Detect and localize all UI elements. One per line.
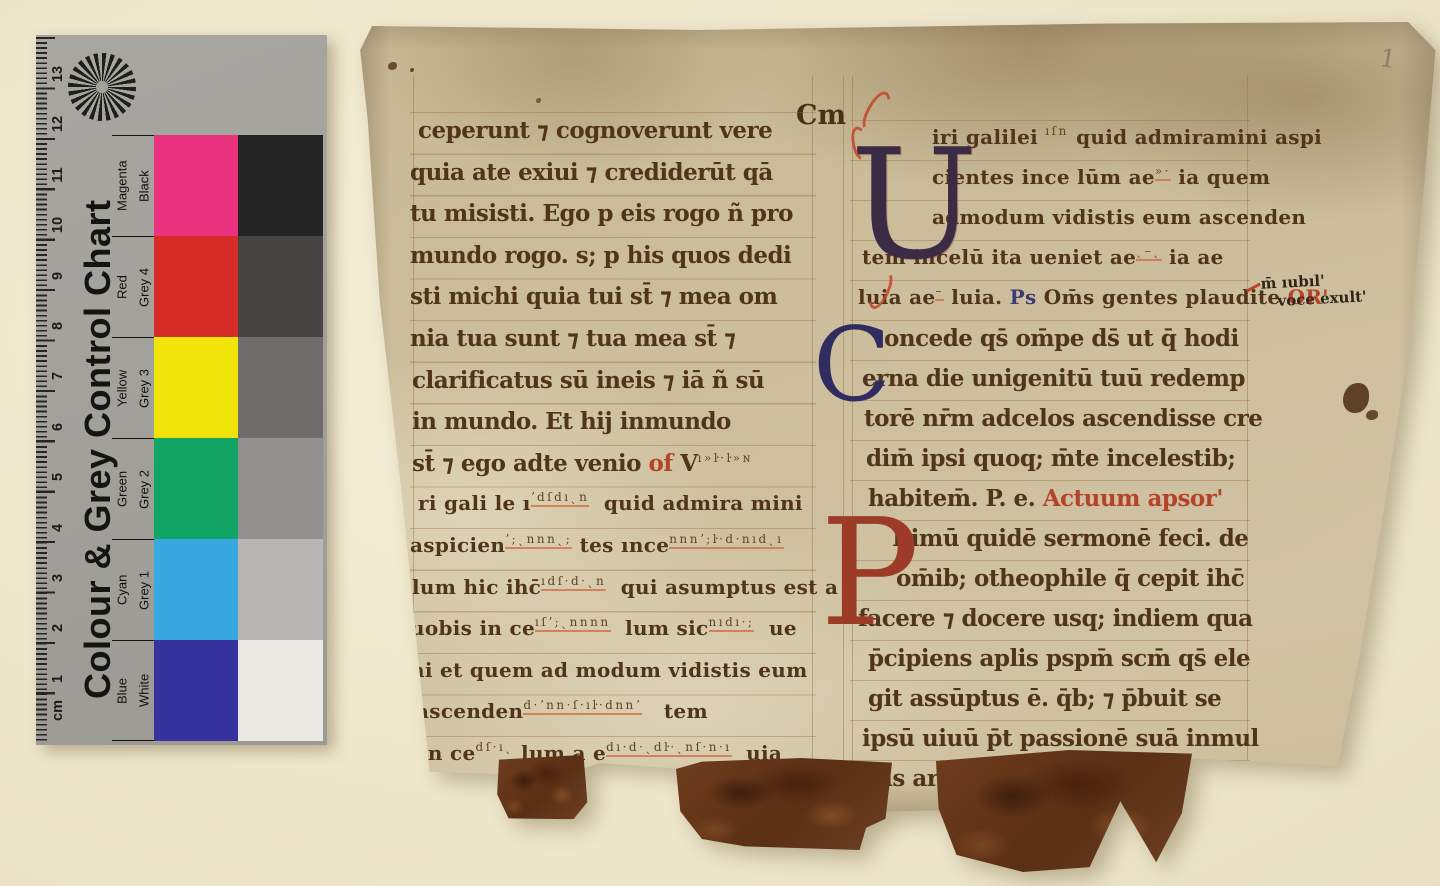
- neume-marks: nıdı·;: [709, 615, 755, 632]
- ruler-number: 11: [50, 166, 68, 184]
- manuscript-line: nia tua sunt ⁊ tua mea st̄ ⁊: [410, 320, 816, 362]
- marginal-gloss: m̄ ıubıl'voce exult': [1260, 269, 1367, 310]
- ink-stain: [410, 68, 414, 72]
- text-run: uobis in ce: [410, 616, 535, 640]
- text-run: quid admira mini: [589, 491, 802, 515]
- text-run: oncede qs̄ om̄pe ds̄ ut q̄ hodi: [884, 325, 1239, 352]
- ink-stain: [1343, 383, 1369, 413]
- decorated-initial-c: C: [813, 326, 891, 406]
- text-run: ipsū uiuū p̄t passionē suā inmul: [862, 725, 1259, 752]
- text-run: ri gali le ı: [418, 491, 531, 515]
- neume-marks: ıdſ·d·ˎn: [541, 574, 606, 591]
- text-run: dim̄ ipsi quoq; m̄te incelestib;: [866, 445, 1235, 472]
- grey-label: Grey 2: [134, 439, 154, 539]
- manuscript-line: erna die unigenitū tuū redemp: [850, 360, 1250, 400]
- grey-swatch: [238, 539, 323, 640]
- swatch-row: [154, 438, 323, 539]
- grey-swatch: [238, 337, 323, 438]
- ruler-number: 8: [50, 317, 68, 335]
- ink-stain: [1390, 488, 1397, 495]
- text-run: st̄ ⁊ ego adte venio: [412, 450, 649, 477]
- manuscript-line: mundo rogo. s; p his quos dedi: [410, 237, 816, 279]
- grey-label: White: [134, 641, 154, 740]
- ruler-minor-ticks: [36, 37, 47, 741]
- grey-swatch: [238, 236, 323, 337]
- manuscript-line: sti michi quia tui st̄ ⁊ mea om: [410, 278, 816, 320]
- color-swatch: [154, 438, 238, 539]
- folio-number: 1: [1378, 43, 1399, 74]
- color-swatch: [154, 135, 238, 236]
- text-run: lum hic ihc̄: [412, 575, 541, 599]
- ruler-number: 5: [50, 468, 68, 486]
- swatch-row: [154, 640, 323, 741]
- gloss-line: voce exult': [1277, 287, 1367, 310]
- manuscript-line: dim̄ ipsi quoq; m̄te incelestib;: [850, 440, 1250, 480]
- color-label: Red: [112, 237, 132, 337]
- grey-swatch: [238, 135, 323, 236]
- chart-label-row: RedGrey 4: [112, 236, 154, 337]
- text-run: tu misisti. Ego p eis rogo ñ pro: [410, 200, 793, 227]
- neume-marks: »·: [1155, 164, 1171, 181]
- text-run: nia tua sunt ⁊ tua mea st̄ ⁊: [410, 325, 735, 352]
- swatch-row: [154, 135, 323, 236]
- grey-label: Grey 3: [134, 338, 154, 438]
- color-label: Green: [112, 439, 132, 539]
- text-run: sti michi quia tui st̄ ⁊ mea om: [410, 283, 777, 310]
- ruler-number: 12: [50, 115, 68, 133]
- chart-label-column: MagentaBlackRedGrey 4YellowGrey 3GreenGr…: [112, 135, 154, 741]
- ruler-number: 7: [50, 367, 68, 385]
- color-swatch: [154, 640, 238, 741]
- rust-patch: [936, 750, 1192, 872]
- manuscript-line: torē nr̄m adcelos ascendisse cre: [850, 400, 1250, 440]
- text-run: tes ınce: [572, 533, 669, 557]
- text-run: p̄cipiens aplis pspm̄ scm̄ qs̄ ele: [868, 645, 1250, 672]
- ruler-number: 2: [50, 619, 68, 637]
- neume-marks: dı·d·ˎdŀ·ˎnſ·n·ı: [606, 740, 732, 757]
- ruler-number: 4: [50, 519, 68, 537]
- text-run: ia quem: [1171, 165, 1270, 189]
- text-run: aspicien: [410, 533, 505, 557]
- text-run: V: [680, 450, 697, 477]
- text-run: Rimū quidē sermonē feci. de: [892, 525, 1248, 552]
- text-run: git assūptus ē. q̄b; ⁊ p̄buit se: [868, 685, 1221, 712]
- swatch-row: [154, 236, 323, 337]
- ruler-number: 10: [50, 216, 68, 234]
- text-run: ue: [754, 616, 796, 640]
- neume-marks: ıſʼ;ˎnnnn: [535, 615, 611, 632]
- color-label: Magenta: [112, 136, 132, 236]
- text-run: erna die unigenitū tuū redemp: [862, 365, 1245, 392]
- neume-marks: ʼ;ˎnnnˎ;: [505, 532, 572, 549]
- ink-stain: [536, 98, 541, 103]
- decorated-initial-p: P: [820, 516, 920, 631]
- neume-marks: ıſn: [1045, 124, 1069, 138]
- manuscript-line: ceperunt ⁊ cognoverunt vere: [410, 112, 816, 154]
- ruler-number: 13: [50, 65, 68, 83]
- text-run: torē nr̄m adcelos ascendisse cre: [864, 405, 1262, 432]
- neume-marks: ˎ–ˎ: [1136, 244, 1162, 261]
- manuscript-line: tu misisti. Ego p eis rogo ñ pro: [410, 195, 816, 237]
- grey-swatch: [238, 640, 323, 741]
- text-run: qui asumptus est a: [606, 575, 838, 599]
- ink-stain: [388, 62, 397, 70]
- neume-marks: nnnʼ;ŀ·d·nıdˎı: [669, 532, 783, 549]
- grey-swatch: [238, 438, 323, 539]
- text-run: admodum vidistis eum ascenden: [932, 205, 1306, 229]
- manuscript-line: ni et quem ad modum vidistis eum: [410, 653, 816, 695]
- text-run: ni et quem ad modum vidistis eum: [410, 658, 808, 682]
- manuscript-line: in mundo. Et hij inmundo: [410, 403, 816, 445]
- text-run: in mundo. Et hij inmundo: [412, 408, 731, 435]
- manuscript-line: aspicienʼ;ˎnnnˎ; tes ıncennnʼ;ŀ·d·nıdˎı: [410, 528, 816, 570]
- chart-label-row: BlueWhite: [112, 640, 154, 741]
- color-label: Cyan: [112, 540, 132, 640]
- text-run: ceperunt ⁊ cognoverunt vere: [418, 117, 772, 144]
- neume-marks: d·ʼnn·ſ·ıŀ·dnnʼ: [523, 698, 642, 715]
- manuscript-line: ascendend·ʼnn·ſ·ıŀ·dnnʼ tem: [410, 694, 816, 736]
- neume-marks: ʼdſdıˎn: [531, 490, 590, 507]
- text-run: om̄ib; otheophile q̄ cepit ihc̄: [896, 565, 1244, 592]
- swatch-row: [154, 337, 323, 438]
- starburst-icon: [68, 53, 136, 121]
- text-run: ascenden: [416, 699, 523, 723]
- color-control-chart: 13121110987654321cm Colour & Grey Contro…: [36, 35, 327, 745]
- color-swatch: [154, 236, 238, 337]
- text-run: quia ate exiui ⁊ crediderūt qā: [410, 159, 773, 186]
- text-run: clarificatus sū ineis ⁊ iā ñ sū: [412, 367, 764, 394]
- manuscript-line: oncede qs̄ om̄pe ds̄ ut q̄ hodi: [850, 320, 1250, 360]
- ruler-number: 9: [50, 267, 68, 285]
- parchment: Cm ceperunt ⁊ cognoverunt verequia ate e…: [358, 18, 1440, 820]
- photo-stage: 13121110987654321cm Colour & Grey Contro…: [0, 0, 1440, 886]
- neume-marks: dſ·ıˎ: [476, 740, 514, 754]
- manuscript-line: clarificatus sū ineis ⁊ iā ñ sū: [410, 362, 816, 404]
- chart-label-row: YellowGrey 3: [112, 337, 154, 438]
- ink-stain: [1366, 410, 1378, 420]
- manuscript-line: st̄ ⁊ ego adte venio of Vı»ŀ·ŀ»ɴ: [410, 445, 816, 487]
- color-label: Yellow: [112, 338, 132, 438]
- rubric-text: of: [649, 450, 681, 477]
- color-label: Blue: [112, 641, 132, 740]
- manuscript-line: quia ate exiui ⁊ crediderūt qā: [410, 154, 816, 196]
- ruler-number: 1: [50, 670, 68, 688]
- text-run: ia ae: [1162, 245, 1224, 269]
- manuscript-column-left: ceperunt ⁊ cognoverunt verequia ate exiu…: [410, 112, 816, 778]
- psalm-mark: Ps: [1010, 285, 1037, 309]
- decorated-initial-u: U: [850, 146, 978, 265]
- manuscript-fragment: Cm ceperunt ⁊ cognoverunt verequia ate e…: [358, 18, 1440, 820]
- manuscript-line: ri gali le ıʼdſdıˎn quid admira mini: [410, 486, 816, 528]
- ruler-unit-label: cm: [50, 703, 68, 721]
- text-run: quid admiramini aspi: [1069, 125, 1322, 149]
- swatch-row: [154, 539, 323, 640]
- rust-patch: [676, 758, 892, 850]
- text-run: in ce: [420, 741, 476, 765]
- color-swatch: [154, 539, 238, 640]
- chart-label-row: CyanGrey 1: [112, 539, 154, 640]
- grey-label: Grey 4: [134, 237, 154, 337]
- color-swatch: [154, 337, 238, 438]
- chart-label-row: GreenGrey 2: [112, 438, 154, 539]
- rubric-text: Actuum apsor': [1043, 485, 1223, 512]
- text-run: tem: [642, 699, 708, 723]
- text-run: mundo rogo. s; p his quos dedi: [410, 242, 791, 269]
- chart-swatch-column: [154, 135, 323, 741]
- rust-patch: [496, 755, 588, 821]
- chart-label-row: MagentaBlack: [112, 135, 154, 236]
- ruler-number: 3: [50, 569, 68, 587]
- neume-marks: ı»ŀ·ŀ»ɴ: [698, 451, 753, 465]
- ruler-number: 6: [50, 418, 68, 436]
- manuscript-line: lum hic ihc̄ıdſ·d·ˎn qui asumptus est a: [410, 570, 816, 612]
- manuscript-line: uobis in ceıſʼ;ˎnnnn lum sicnıdı·; ue: [410, 611, 816, 653]
- grey-label: Black: [134, 136, 154, 236]
- text-run: lum sic: [611, 616, 709, 640]
- manuscript-line: git assūptus ē. q̄b; ⁊ p̄buit se: [850, 680, 1250, 720]
- grey-label: Grey 1: [134, 540, 154, 640]
